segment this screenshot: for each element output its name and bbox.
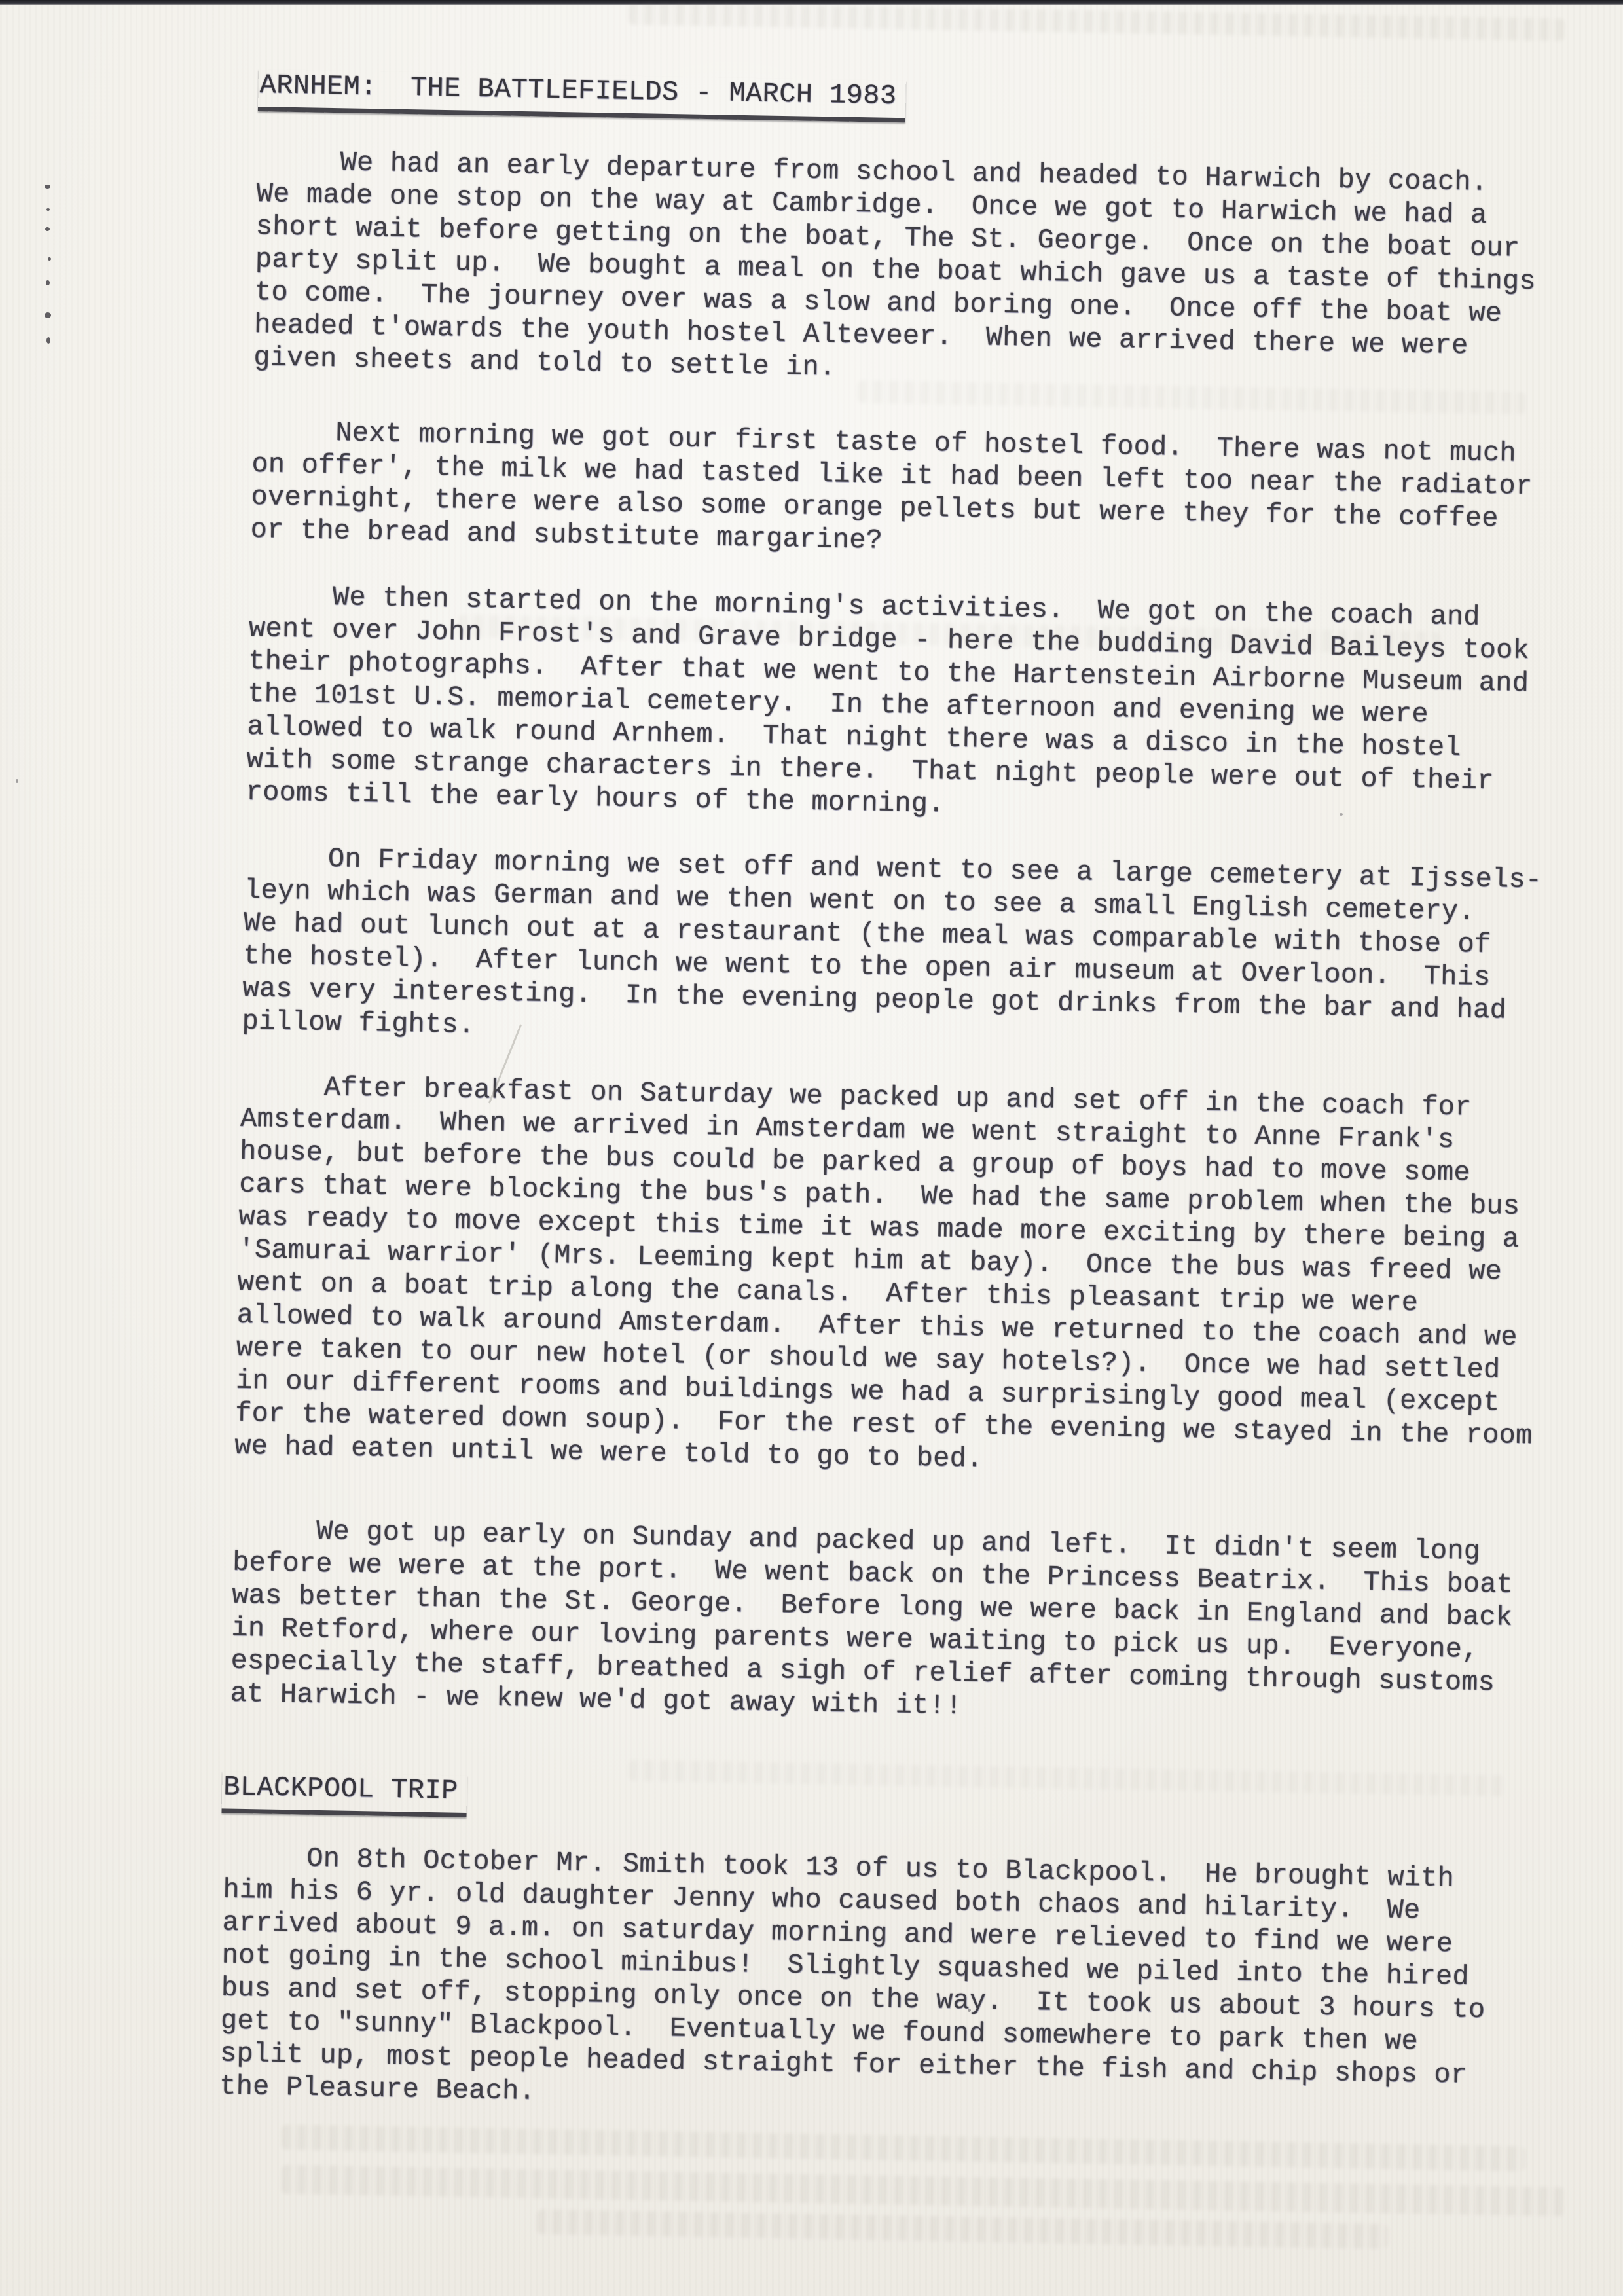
ink-speck: [45, 312, 51, 318]
page-title: ARNHEM: THE BATTLEFIELDS - MARCH 1983: [258, 69, 906, 122]
bleed-through-smudge: [629, 3, 1565, 41]
ink-speck: [1340, 813, 1343, 816]
bleed-through-smudge: [629, 1760, 1506, 1796]
bleed-through-smudge: [282, 2165, 1565, 2216]
ink-speck: [46, 208, 50, 211]
paragraph-saturday-amsterdam: After breakfast on Saturday we packed up…: [234, 1070, 1539, 1485]
scan-edge-shadow: [0, 0, 1623, 5]
blackpool-heading-text: BLACKPOOL TRIP: [222, 1771, 468, 1817]
ink-speck: [48, 257, 51, 261]
paragraph-morning-activities: We then started on the morning's activit…: [246, 579, 1530, 831]
ink-speck: [968, 2009, 971, 2012]
bleed-through-smudge: [537, 2210, 1388, 2250]
page-title-text: ARNHEM: THE BATTLEFIELDS - MARCH 1983: [258, 69, 906, 122]
paragraph-hostel-food: Next morning we got our first taste of h…: [250, 415, 1533, 568]
ink-speck: [45, 185, 50, 189]
paragraph-friday: On Friday morning we set off and went to…: [242, 841, 1542, 1061]
paragraph-sunday-return: We got up early on Sunday and packed up …: [230, 1514, 1514, 1732]
ink-speck: [45, 227, 50, 231]
blackpool-section-heading: BLACKPOOL TRIP: [222, 1771, 468, 1817]
scanned-document-page: { "arnhem": { "heading": "ARNHEM: THE BA…: [0, 0, 1623, 2296]
ink-speck: [46, 280, 50, 285]
bleed-through-smudge: [282, 2124, 1525, 2171]
ink-speck: [46, 337, 50, 344]
typed-content: ARNHEM: THE BATTLEFIELDS - MARCH 1983 We…: [259, 69, 1575, 92]
ink-speck: [16, 779, 18, 783]
paragraph-journey-out: We had an early departure from school an…: [253, 145, 1538, 396]
paragraph-blackpool: On 8th October Mr. Smith took 13 of us t…: [219, 1840, 1487, 2124]
